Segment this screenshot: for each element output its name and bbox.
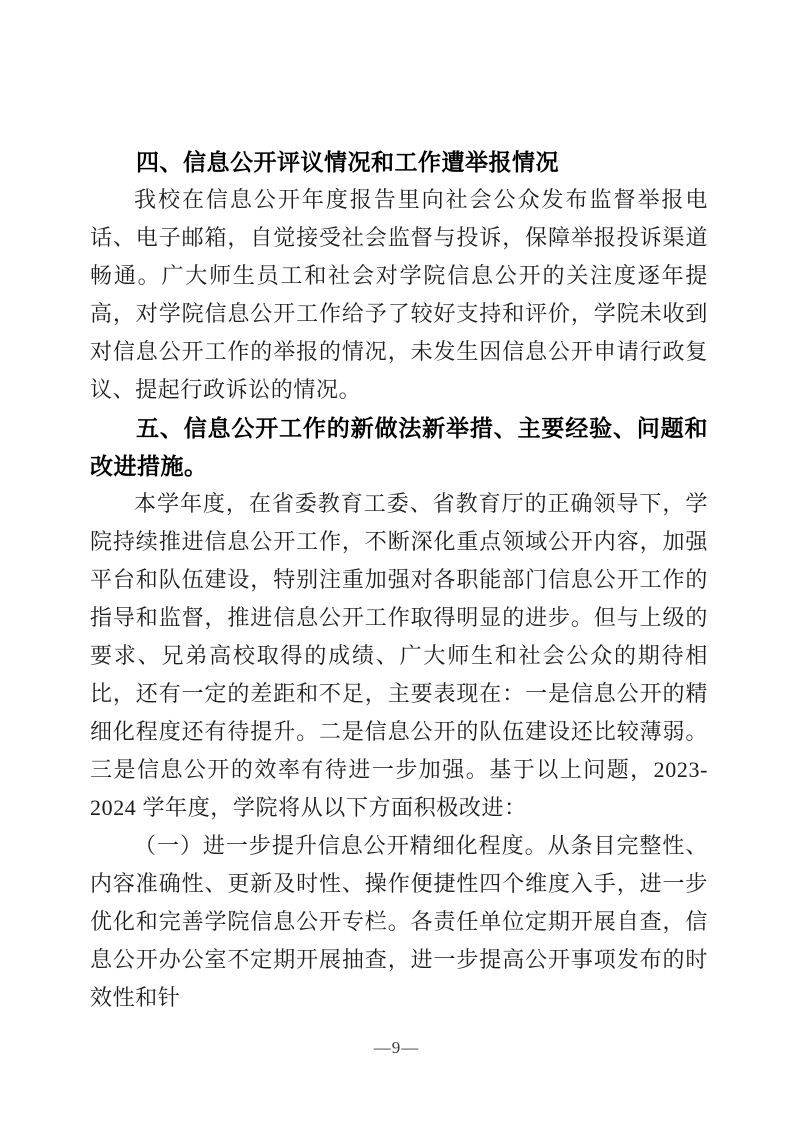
document-body: 四、信息公开评议情况和工作遭举报情况 我校在信息公开年度报告里向社会公众发布监督…: [90, 143, 708, 1017]
paragraph-evaluation-report: 我校在信息公开年度报告里向社会公众发布监督举报电话、电子邮箱，自觉接受社会监督与…: [90, 181, 708, 409]
paragraph-experience-problems: 本学年度，在省委教育工委、省教育厅的正确领导下，学院持续推进信息公开工作，不断深…: [90, 485, 708, 827]
document-page: 四、信息公开评议情况和工作遭举报情况 我校在信息公开年度报告里向社会公众发布监督…: [0, 0, 793, 1122]
paragraph-improvement-item-one: （一）进一步提升信息公开精细化程度。从条目完整性、内容准确性、更新及时性、操作便…: [90, 827, 708, 1017]
page-footer: —9—: [0, 1038, 793, 1058]
section-heading-five: 五、信息公开工作的新做法新举措、主要经验、问题和改进措施。: [90, 409, 708, 485]
page-number: —9—: [374, 1038, 420, 1057]
section-heading-four: 四、信息公开评议情况和工作遭举报情况: [90, 143, 708, 181]
